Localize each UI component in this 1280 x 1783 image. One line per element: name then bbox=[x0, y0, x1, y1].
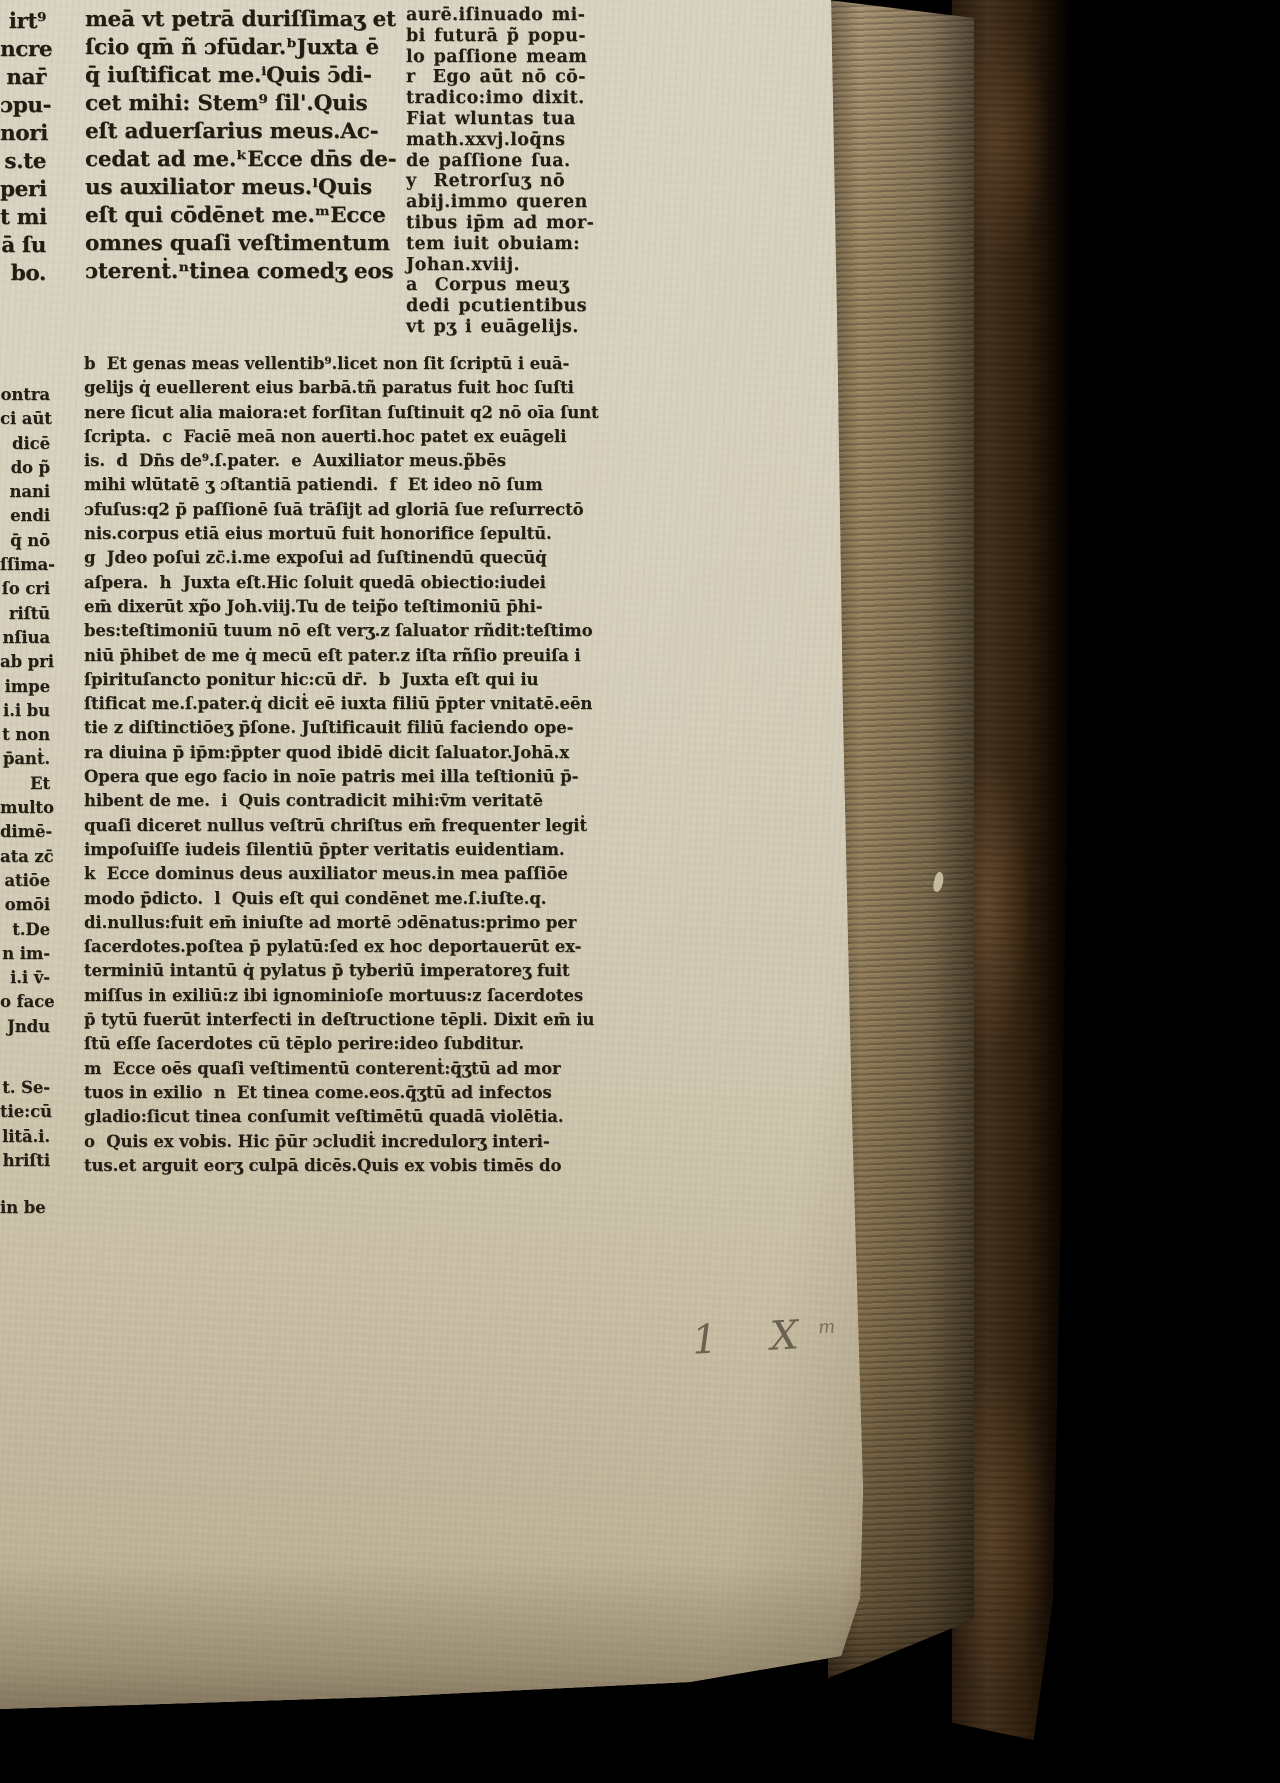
text-line: impe bbox=[0, 675, 50, 699]
text-line: niū p̄hibet de me q̇ mecū eſt pater.z iſ… bbox=[84, 644, 599, 668]
text-line: ontra bbox=[0, 383, 50, 407]
text-line: ata zc̄ bbox=[0, 845, 50, 869]
text-line: aſpera. h Juxta eſt.Hic ſoluit quedā obi… bbox=[84, 571, 599, 595]
text-line: gelijs q̇ euellerent eius barbā.tñ parat… bbox=[84, 376, 599, 400]
text-line: ɔpu- bbox=[0, 92, 46, 120]
text-line: hriſti bbox=[0, 1149, 50, 1173]
text-line: cet mihi: Stem⁹ ſil'.Quis bbox=[85, 90, 396, 118]
text-line: lo paſſione meam bbox=[406, 47, 594, 68]
text-line: i.i bu bbox=[0, 699, 50, 723]
text-line: t mi bbox=[0, 204, 46, 232]
text-line: p̄anṫ. bbox=[0, 747, 50, 771]
text-line: tie:cū bbox=[0, 1100, 50, 1124]
text-line: nani bbox=[0, 480, 50, 504]
text-line: tibus ip̄m ad mor- bbox=[406, 213, 594, 234]
text-line: n im- bbox=[0, 942, 50, 966]
text-line: bo. bbox=[0, 260, 46, 288]
text-line: ſtificat me.ſ.pater.q̇ diciṫ eē iuxta fi… bbox=[84, 692, 599, 716]
text-line: a Corpus meuʒ bbox=[406, 275, 594, 296]
text-line: ncre bbox=[0, 36, 46, 64]
text-line: aurē.iſinuado mi- bbox=[406, 5, 594, 26]
text-line: hibent de me. i Quis contradicit mihi:v̄… bbox=[84, 789, 599, 813]
text-line: dicē bbox=[0, 432, 50, 456]
text-line: Johan.xviij. bbox=[406, 255, 594, 276]
text-line: tie z diſtinctiōeʒ p̄ſone. Juſtificauit … bbox=[84, 716, 599, 740]
text-line: tuos in exilio n Et tinea come.eos.q̄ʒtū… bbox=[84, 1081, 599, 1105]
book-page: irt⁹ncrenar̄ɔpu-noris.teperit miā ſubo. … bbox=[0, 0, 866, 1714]
text-line: s.te bbox=[0, 148, 46, 176]
cutoff-column-fragments-large: irt⁹ncrenar̄ɔpu-noris.teperit miā ſubo. bbox=[0, 8, 46, 288]
text-line: nis.corpus etiā eius mortuū fuit honorif… bbox=[84, 522, 599, 546]
text-line: omnes quaſi veſtimentum bbox=[85, 230, 396, 258]
text-line: p̄ tytū fuerūt interfecti in deſtruction… bbox=[84, 1008, 599, 1032]
text-line: dimē- bbox=[0, 820, 50, 844]
text-line: ab pri bbox=[0, 650, 50, 674]
text-line: t. Se- bbox=[0, 1076, 50, 1100]
text-line: k Ecce dominus deus auxiliator meus.in m… bbox=[84, 862, 599, 886]
text-line: nere ſicut alia maiora:et forſitan ſuſti… bbox=[84, 401, 599, 425]
text-line: bi futurā p̃ popu- bbox=[406, 26, 594, 47]
main-text-column: meā vt petrā duriſſimaʒ etſcio qm̄ ñ ɔfū… bbox=[85, 6, 396, 286]
text-line: impoſuiſſe iudeis ſilentiū p̄pter verita… bbox=[84, 838, 599, 862]
handwritten-annotation: 1 Xm bbox=[691, 1310, 839, 1364]
text-line: i.i v̄- bbox=[0, 966, 50, 990]
text-line: tem iuit obuiam: bbox=[406, 234, 594, 255]
text-line: Opera que ego facio in noīe patris mei i… bbox=[84, 765, 599, 789]
text-line: ɔterenṫ.ⁿtinea comedʒ eos bbox=[85, 258, 396, 286]
text-line: terminiū intantū q̇ pylatus p̄ tyberiū i… bbox=[84, 959, 599, 983]
cutoff-column-fragments-small: ontraci aūtdicēdo p̃naniendiq̄ nōſſima-ſ… bbox=[0, 383, 50, 1039]
text-line: mihi wlūtatē ʒ ɔſtantiā patiendi. f Et i… bbox=[84, 473, 599, 497]
text-line: dedi pcutientibus bbox=[406, 296, 594, 317]
text-line: ſſima- bbox=[0, 553, 50, 577]
text-line: Jndu bbox=[0, 1015, 50, 1039]
text-line: miſſus in exiliū:z ibi ignominioſe mortu… bbox=[84, 984, 599, 1008]
text-line: t.De bbox=[0, 918, 50, 942]
text-line: is. d Dn̄s de⁹.ſ.pater. e Auxiliator meu… bbox=[84, 449, 599, 473]
commentary-block: b Et genas meas vellentib⁹.licet non ſit… bbox=[84, 352, 599, 1178]
text-line: math.xxvj.loq̄ns bbox=[406, 130, 594, 151]
gloss-text-column: aurē.iſinuado mi-bi futurā p̃ popu-lo pa… bbox=[406, 5, 594, 338]
text-line: nori bbox=[0, 120, 46, 148]
text-line: riſtū bbox=[0, 602, 50, 626]
text-line: bes:teſtimoniū tuum nō eſt verʒ.z ſaluat… bbox=[84, 619, 599, 643]
cutoff-column-fragments-small-lower: t. Se-tie:cūlitā.i.hriſti bbox=[0, 1076, 50, 1173]
text-line: atiōe bbox=[0, 869, 50, 893]
text-line: cedat ad me.ᵏEcce dn̄s de- bbox=[85, 146, 396, 174]
text-line: g Jdeo poſui zc̄.i.me expoſui ad ſuſtine… bbox=[84, 546, 599, 570]
text-line: us auxiliator meus.ˡQuis bbox=[85, 174, 396, 202]
text-line: y Retrorſuʒ nō bbox=[406, 171, 594, 192]
text-line: tradico:imo dixit. bbox=[406, 88, 594, 109]
text-line: eſt aduerſarius meus.Ac- bbox=[85, 118, 396, 146]
text-line: vt pʒ i euāgelijs. bbox=[406, 317, 594, 338]
text-line: em̄ dixerūt xp̃o Joh.viij.Tu de teip̃o t… bbox=[84, 595, 599, 619]
text-line: eſt qui cōdēnet me.ᵐEcce bbox=[85, 202, 396, 230]
text-line: nſiua bbox=[0, 626, 50, 650]
text-line: ſacerdotes.poſtea p̄ pylatū:ſed ex hoc d… bbox=[84, 935, 599, 959]
text-line: t non bbox=[0, 723, 50, 747]
text-line: ā ſu bbox=[0, 232, 46, 260]
handwritten-flourish: m bbox=[818, 1316, 838, 1338]
text-line: q̄ nō bbox=[0, 529, 50, 553]
text-line: r Ego aūt nō cō- bbox=[406, 67, 594, 88]
text-line: ſcripta. c Faciē meā non auerti.hoc pate… bbox=[84, 425, 599, 449]
text-line: b Et genas meas vellentib⁹.licet non ſit… bbox=[84, 352, 599, 376]
text-line: ci aūt bbox=[0, 407, 50, 431]
text-line: irt⁹ bbox=[0, 8, 46, 36]
text-line: di.nullus:fuit em̄ iniuſte ad mortē ɔdēn… bbox=[84, 911, 599, 935]
cutoff-fragment-bottom: in be bbox=[0, 1196, 44, 1220]
text-line: nar̄ bbox=[0, 64, 46, 92]
text-line: ſo cri bbox=[0, 577, 50, 601]
handwritten-mark: 1 X bbox=[691, 1311, 820, 1364]
text-line: tus.et arguit eorʒ culpā dicēs.Quis ex v… bbox=[84, 1154, 599, 1178]
text-line: modo p̄dicto. l Quis eſt qui condēnet me… bbox=[84, 887, 599, 911]
text-line: litā.i. bbox=[0, 1125, 50, 1149]
text-line: Et bbox=[0, 772, 50, 796]
text-line: m Ecce oēs quaſi veſtimentū conterenṫ:q̄… bbox=[84, 1057, 599, 1081]
text-line: multo bbox=[0, 796, 50, 820]
text-line: q̄ iuſtificat me.ⁱQuis ɔ̄di- bbox=[85, 62, 396, 90]
text-line: ra diuina p̄ ip̄m:p̄pter quod ibidē dici… bbox=[84, 741, 599, 765]
text-line: meā vt petrā duriſſimaʒ et bbox=[85, 6, 396, 34]
text-line: ſtū eſſe ſacerdotes cū tēplo perire:ideo… bbox=[84, 1032, 599, 1056]
text-line: o Quis ex vobis. Hic p̄ūr ɔcludiṫ incred… bbox=[84, 1130, 599, 1154]
text-line: abij.immo queren bbox=[406, 192, 594, 213]
text-line: Fiat wluntas tua bbox=[406, 109, 594, 130]
text-line: quaſi diceret nullus veſtrū chriſtus em̄… bbox=[84, 814, 599, 838]
text-line: omōi bbox=[0, 893, 50, 917]
text-line: ſcio qm̄ ñ ɔfūdar.ᵇJuxta ē bbox=[85, 34, 396, 62]
text-line: peri bbox=[0, 176, 46, 204]
text-line: ɔfuſus:q2 p̄ paſſionē ſuā trāſijt ad glo… bbox=[84, 498, 599, 522]
text-line: do p̃ bbox=[0, 456, 50, 480]
text-line: gladio:ſicut tinea conſumit veſtimētū qu… bbox=[84, 1105, 599, 1129]
text-line: de paſſione ſua. bbox=[406, 151, 594, 172]
text-line: ſpirituſancto ponitur hic:cū dr̄. b Juxt… bbox=[84, 668, 599, 692]
text-line: o face bbox=[0, 990, 50, 1014]
incunable-book-photograph: irt⁹ncrenar̄ɔpu-noris.teperit miā ſubo. … bbox=[0, 0, 1280, 1783]
text-line: endi bbox=[0, 504, 50, 528]
